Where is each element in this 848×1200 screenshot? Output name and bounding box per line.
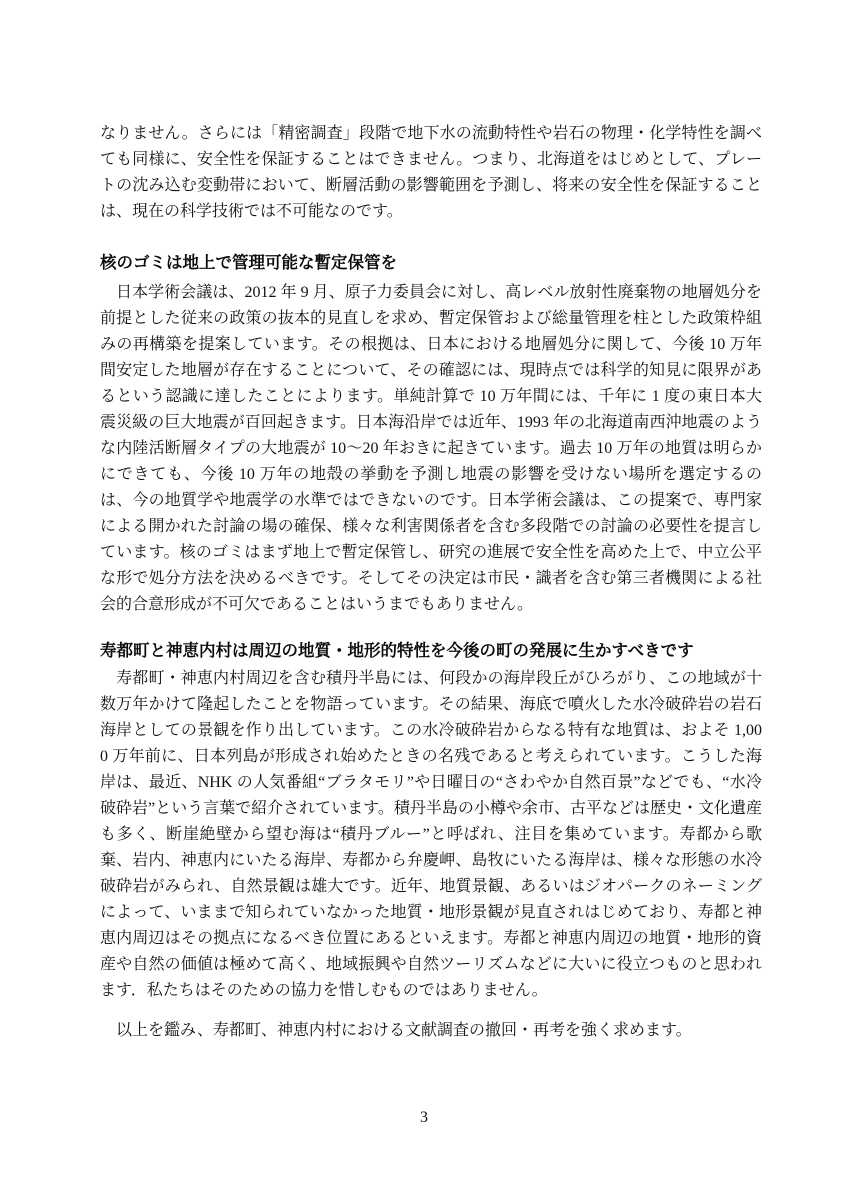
paragraph-survey-limits-continuation: なりません。さらには「精密調査」段階で地下水の流動特性や岩石の物理・化学特性を調… [100, 121, 762, 225]
section-heading-local-geology-development: 寿都町と神恵内村は周辺の地質・地形的特性を今後の町の発展に生かすべきです [100, 638, 762, 664]
paragraph-science-council-proposal: 日本学術会議は、2012 年 9 月、原子力委員会に対し、高レベル放射性廃棄物の… [100, 280, 762, 618]
document-page-body: なりません。さらには「精密調査」段階で地下水の流動特性や岩石の物理・化学特性を調… [0, 0, 762, 1044]
page-number: 3 [0, 1105, 848, 1131]
section-heading-interim-storage: 核のゴミは地上で管理可能な暫定保管を [100, 250, 762, 276]
paragraph-shakotan-geology-value: 寿都町・神恵内村周辺を含む積丹半島には、何段かの海岸段丘がひろがり、この地域が十… [100, 666, 762, 1004]
closing-demand-statement: 以上を鑑み、寿都町、神恵内村における文献調査の撤回・再考を強く求めます。 [100, 1018, 762, 1044]
